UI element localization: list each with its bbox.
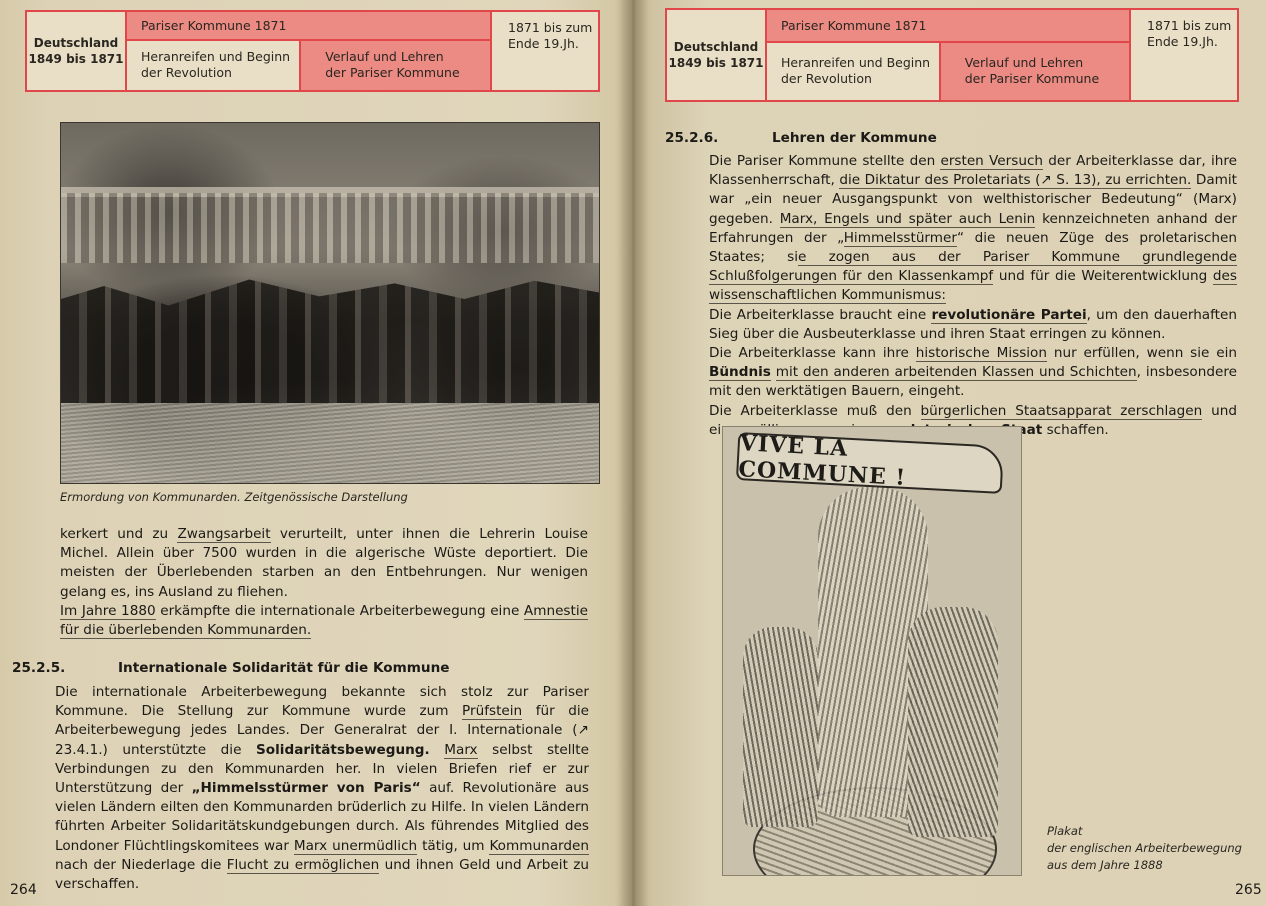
- lessons-paragraph: Die Pariser Kommune stellte den ersten V…: [709, 152, 1237, 440]
- underlined-phrase: Marx, Engels und später auch Lenin: [780, 211, 1036, 228]
- section-number: 25.2.6.: [665, 130, 718, 146]
- text-run: erkämpfte die internationale Arbeiterbew…: [156, 603, 524, 619]
- header-period-before: Deutschland 1849 bis 1871: [667, 10, 767, 100]
- image-detail-ground: [61, 403, 599, 483]
- header-subtopics: Heranreifen und Beginn der Revolution Ve…: [767, 43, 1129, 100]
- underlined-phrase: revolutionäre Partei: [931, 307, 1086, 324]
- underlined-phrase: Marx: [444, 742, 477, 759]
- header-subtopic-2-label: Verlauf und Lehren der Pariser Kommune: [325, 49, 459, 81]
- header-middle: Pariser Kommune 1871 Heranreifen und Beg…: [767, 10, 1129, 100]
- engraving-image-execution: [60, 122, 600, 484]
- header-period-before: Deutschland 1849 bis 1871: [27, 12, 127, 90]
- header-subtopics: Heranreifen und Beginn der Revolution Ve…: [127, 41, 490, 90]
- text-run: und für die Weiterentwicklung: [993, 268, 1213, 284]
- header-middle: Pariser Kommune 1871 Heranreifen und Beg…: [127, 12, 490, 90]
- continuation-paragraph: kerkert und zu Zwangsarbeit verurteilt, …: [60, 525, 588, 640]
- rich-lesson-2: Die Arbeiterklasse kann ihre historische…: [709, 344, 1237, 402]
- header-period-before-label: Deutschland 1849 bis 1871: [669, 39, 764, 71]
- section-number: 25.2.5.: [12, 660, 65, 676]
- underlined-phrase: Im Jahre 1880: [60, 603, 156, 620]
- header-subtopic-2-active: Verlauf und Lehren der Pariser Kommune: [941, 43, 1129, 100]
- rich-intro: Die Pariser Kommune stellte den ersten V…: [709, 152, 1237, 306]
- poster-detail-worker: [908, 607, 998, 837]
- header-subtopic-1: Heranreifen und Beginn der Revolution: [127, 41, 301, 90]
- underlined-phrase: mit den anderen arbeitenden Klassen und …: [776, 364, 1137, 381]
- underlined-phrase: Marx unermüdlich: [294, 838, 417, 855]
- text-run: Die Arbeiterklasse kann ihre: [709, 345, 916, 361]
- figure-caption: Ermordung von Kommunarden. Zeitgenössisc…: [60, 490, 408, 504]
- rich-lesson-1: Die Arbeiterklasse braucht eine revoluti…: [709, 306, 1237, 344]
- rich-section-body: Die internationale Arbeiterbewegung beka…: [55, 683, 589, 894]
- text-run: Die Arbeiterklasse muß den: [709, 403, 921, 419]
- book-gutter-shadow: [618, 0, 648, 906]
- text-run: kerkert und zu: [60, 526, 177, 542]
- bold-term: „Himmelsstürmer von Paris“: [192, 780, 421, 796]
- header-period-after-label: 1871 bis zum Ende 19.Jh.: [508, 20, 592, 51]
- header-period-after: 1871 bis zum Ende 19.Jh.: [490, 12, 598, 90]
- underlined-phrase: Prüfstein: [462, 703, 522, 720]
- underlined-phrase: Kommunarden: [489, 838, 589, 855]
- page-number: 265: [1235, 882, 1262, 898]
- header-subtopic-1-label: Heranreifen und Beginn der Revolution: [781, 55, 930, 87]
- page-265: Deutschland 1849 bis 1871 Pariser Kommun…: [633, 0, 1266, 906]
- header-period-before-label: Deutschland 1849 bis 1871: [29, 35, 124, 67]
- page-264: Deutschland 1849 bis 1871 Pariser Kommun…: [0, 0, 633, 906]
- underlined-phrase: Himmelsstürmer: [844, 230, 957, 247]
- text-run: [430, 742, 445, 758]
- text-run: Die Arbeiterklasse braucht eine: [709, 307, 931, 323]
- section-title: Lehren der Kommune: [772, 130, 937, 146]
- poster-detail-torchbearer: [743, 627, 818, 827]
- header-subtopic-2-active: Verlauf und Lehren der Pariser Kommune: [301, 41, 490, 90]
- header-subtopic-1: Heranreifen und Beginn der Revolution: [767, 43, 941, 100]
- underlined-phrase: Flucht zu ermöglichen: [227, 857, 380, 874]
- header-subtopic-2-label: Verlauf und Lehren der Pariser Kommune: [965, 55, 1099, 87]
- underlined-phrase: bürgerlichen Staatsapparat zerschlagen: [921, 403, 1203, 420]
- text-run: nur erfüllen, wenn sie ein: [1047, 345, 1237, 361]
- text-run: schaffen.: [1042, 422, 1109, 438]
- underlined-phrase: die Diktatur des Proletariats (↗ S. 13),…: [839, 172, 1191, 189]
- text-run: nach der Niederlage die: [55, 857, 227, 873]
- chapter-header-table: Deutschland 1849 bis 1871 Pariser Kommun…: [25, 10, 600, 92]
- image-detail-balustrade: [61, 193, 599, 263]
- underlined-phrase: historische Mission: [916, 345, 1047, 362]
- underlined-phrase: ersten Versuch: [940, 153, 1043, 170]
- poster-banner-text: VIVE LA COMMUNE !: [736, 432, 1004, 494]
- header-subtopic-1-label: Heranreifen und Beginn der Revolution: [141, 49, 290, 81]
- underlined-phrase: Bündnis: [709, 364, 771, 381]
- header-period-after: 1871 bis zum Ende 19.Jh.: [1129, 10, 1237, 100]
- rich-amnesty: Im Jahre 1880 erkämpfte die internationa…: [60, 602, 588, 640]
- section-body-paragraph: Die internationale Arbeiterbewegung beka…: [55, 683, 589, 894]
- header-period-after-label: 1871 bis zum Ende 19.Jh.: [1147, 18, 1231, 49]
- bold-term: Solidaritätsbewegung.: [256, 742, 430, 758]
- rich-continuation: kerkert und zu Zwangsarbeit verurteilt, …: [60, 525, 588, 602]
- poster-caption: Plakat der englischen Arbeiterbewegung a…: [1047, 823, 1242, 874]
- header-main-topic: Pariser Kommune 1871: [127, 12, 490, 41]
- poster-image-vive-la-commune: VIVE LA COMMUNE !: [722, 426, 1022, 876]
- page-number: 264: [10, 882, 37, 898]
- text-run: Die Pariser Kommune stellte den: [709, 153, 940, 169]
- header-main-topic: Pariser Kommune 1871: [767, 10, 1129, 43]
- underlined-phrase: Zwangsarbeit: [177, 526, 270, 543]
- chapter-header-table: Deutschland 1849 bis 1871 Pariser Kommun…: [665, 8, 1239, 102]
- text-run: tätig, um: [417, 838, 489, 854]
- image-detail-crowd: [61, 273, 599, 403]
- section-title: Internationale Solidarität für die Kommu…: [118, 660, 450, 676]
